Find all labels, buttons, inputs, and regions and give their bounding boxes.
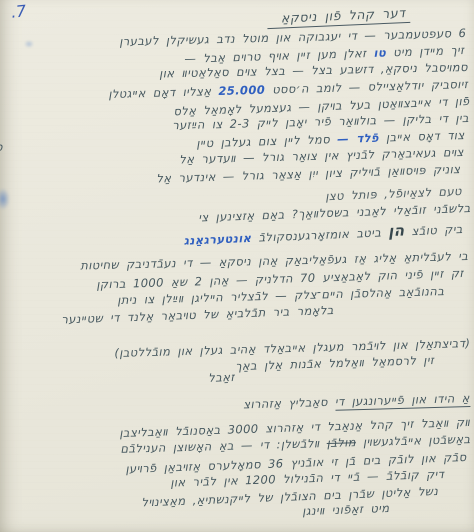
manuscript-line: בלאָמר ביר תבֿלביאַ של טױבאַר אַלנד די ש…	[62, 303, 335, 327]
margin-ink-mark: ס	[0, 140, 2, 154]
manuscript-line: טעם לצאַיופֿל, פּותל טצן	[325, 184, 462, 203]
ink-smudge	[0, 188, 10, 210]
ink-smudge	[24, 40, 34, 48]
manuscript-page: 7. דער קהל פֿון ניסקאַ 6 סעפטעמבער — די …	[0, 0, 474, 532]
manuscript-line: מיט זאַפֿוני װינגן	[302, 501, 390, 518]
page-number: 7.	[10, 1, 27, 21]
page-title: דער קהל פֿון ניסקאַ	[267, 5, 410, 29]
manuscript-line: אַ הידו און פֿײערונגען די סאַבליץ אַזהרו…	[244, 391, 471, 411]
manuscript-line: זאַבל	[208, 370, 235, 385]
manuscript-line: זין לרסמאַל װאַלמל אבֿנות אַלן באַך	[235, 353, 434, 373]
